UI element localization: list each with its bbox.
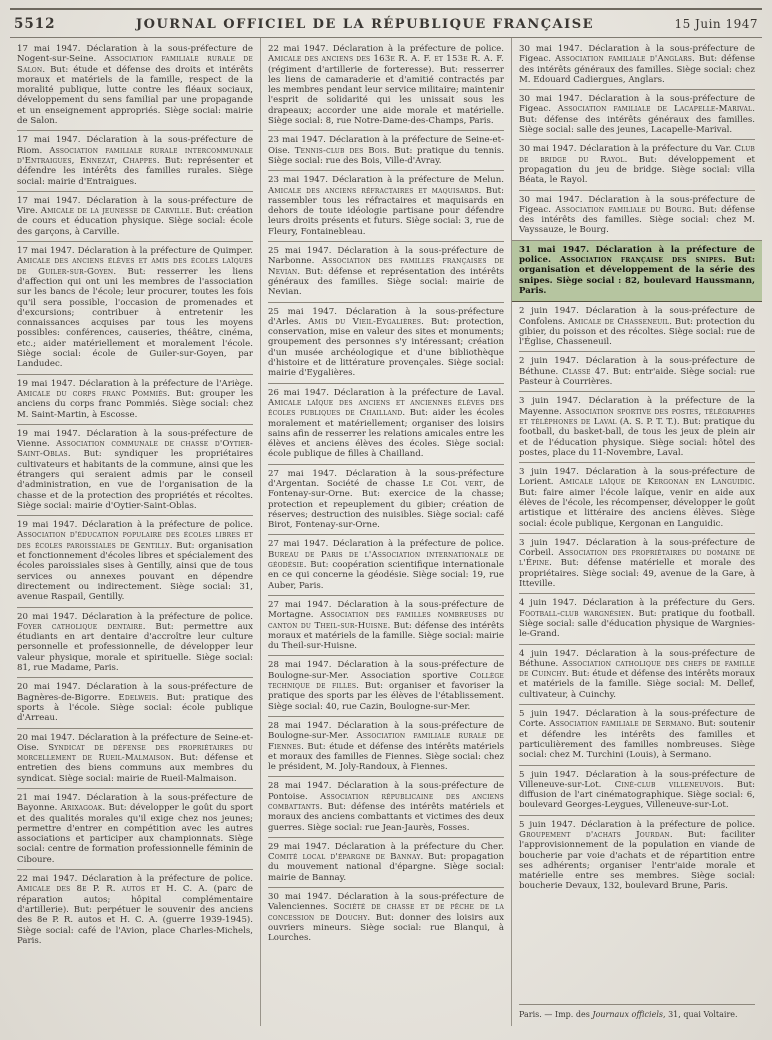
association-name: Association familiale de Sermano (549, 719, 692, 729)
entry-text: 22 mai 1947. Déclaration à la préfecture… (268, 44, 504, 54)
association-name: Classe 47 (562, 367, 606, 377)
entry-text: . But: coopération scientifique internat… (268, 560, 504, 591)
entry-text: 26 mai 1947. Déclaration à la préfecture… (268, 388, 504, 398)
association-name: Amicale laïque de Kergonan en Languidic (560, 477, 753, 487)
association-name: Ciné-club villeneuvois (615, 780, 721, 790)
declaration-entry: 22 mai 1947. Déclaration à la préfecture… (268, 40, 504, 130)
declaration-entry: 30 mai 1947. Déclaration à la sous-préfe… (268, 887, 504, 947)
entry-text: 22 mai 1947. Déclaration à la préfecture… (17, 874, 253, 884)
association-name: Amicale des anciens réfractaires et maqu… (268, 186, 479, 196)
declaration-entry: 20 mai 1947. Déclaration à la préfecture… (17, 607, 253, 678)
declaration-entry: 19 mai 1947. Déclaration à la préfecture… (17, 515, 253, 606)
entry-text: Journaux officiels (592, 1010, 663, 1019)
declaration-entry: 5 juin 1947. Déclaration à la sous-préfe… (519, 704, 755, 764)
declaration-entry: 17 mai 1947. Déclaration à la sous-préfe… (17, 40, 253, 130)
association-name: Edelweis (118, 693, 156, 703)
page-header: 5512 JOURNAL OFFICIEL DE LA RÉPUBLIQUE F… (10, 8, 762, 38)
association-name: Football-club wargnésien (519, 609, 631, 619)
declaration-entry: 21 mai 1947. Déclaration à la sous-préfe… (17, 788, 253, 869)
entry-text: . But: étude et défense des droits et in… (17, 65, 253, 126)
declaration-entry: 27 mai 1947. Déclaration à la sous-préfe… (268, 595, 504, 655)
entry-text: , 31, quai Voltaire. (663, 1010, 738, 1019)
declaration-entry: 25 mai 1947. Déclaration à la sous-préfe… (268, 241, 504, 301)
declaration-entry: 3 juin 1947. Déclaration à la sous-préfe… (519, 533, 755, 593)
declaration-entry: 22 mai 1947. Déclaration à la préfecture… (17, 869, 253, 950)
entry-text: 17 mai 1947. Déclaration à la préfecture… (17, 246, 253, 256)
highlighted-declaration-entry: 31 mai 1947. Déclaration à la préfecture… (512, 240, 762, 302)
declaration-entry: 2 juin 1947. Déclaration à la sous-préfe… (519, 302, 755, 351)
association-name: Association familiale de Lacapelle-Mariv… (558, 104, 753, 114)
declaration-entry: 29 mai 1947. Déclaration à la préfecture… (268, 837, 504, 887)
association-name: Association française des snipes (560, 255, 723, 265)
declaration-entry: 26 mai 1947. Déclaration à la préfecture… (268, 383, 504, 464)
entry-text: 29 mai 1947. Déclaration à la préfecture… (268, 842, 504, 852)
declaration-entry: 2 juin 1947. Déclaration à la sous-préfe… (519, 351, 755, 391)
declarations-column-2: 22 mai 1947. Déclaration à la préfecture… (260, 38, 511, 1026)
declaration-entry: 30 mai 1947. Déclaration à la préfecture… (519, 139, 755, 189)
declaration-entry: 17 mai 1947. Déclaration à la préfecture… (17, 241, 253, 374)
entry-text: . But: défense matérielle et morale des … (519, 558, 755, 589)
declaration-entry: 4 juin 1947. Déclaration à la préfecture… (519, 593, 755, 643)
association-name: Amicale de Chasseneuil (568, 317, 669, 327)
declaration-entry: 27 mai 1947. Déclaration à la préfecture… (268, 534, 504, 594)
declaration-entry: 30 mai 1947. Déclaration à la sous-préfe… (519, 40, 755, 89)
declaration-entry: 27 mai 1947. Déclaration à la sous-préfe… (268, 464, 504, 535)
association-name: Amicale du corps franc Pommiés (17, 389, 167, 399)
entry-text: 4 juin 1947. Déclaration à la préfecture… (519, 598, 755, 608)
journal-title: JOURNAL OFFICIEL DE LA RÉPUBLIQUE FRANÇA… (56, 17, 675, 32)
declaration-entry: 19 mai 1947. Déclaration à la préfecture… (17, 374, 253, 424)
association-name: Amicale des anciens des 163e R. A. F. et… (268, 54, 504, 64)
association-name: Le Col vert (422, 479, 482, 489)
declaration-entry: 17 mai 1947. Déclaration à la sous-préfe… (17, 130, 253, 190)
declaration-entry: 17 mai 1947. Déclaration à la sous-préfe… (17, 191, 253, 241)
association-name: Arixagoak (61, 803, 103, 813)
issue-date: 15 Juin 1947 (674, 17, 758, 31)
entry-text: 5 juin 1947. Déclaration à la préfecture… (519, 820, 755, 830)
association-name: Amis du Vieil-Eygalières (308, 317, 421, 327)
declaration-entry: 5 juin 1947. Déclaration à la sous-préfe… (519, 765, 755, 815)
association-name: Tennis-club des Bois (295, 146, 387, 156)
declaration-entry: 4 juin 1947. Déclaration à la sous-préfe… (519, 644, 755, 704)
entry-text: 27 mai 1947. Déclaration à la préfecture… (268, 539, 504, 549)
declaration-entry: 20 mai 1947. Déclaration à la sous-préfe… (17, 677, 253, 727)
declarations-column-1: 17 mai 1947. Déclaration à la sous-préfe… (10, 38, 260, 1026)
declaration-entry: 19 mai 1947. Déclaration à la sous-préfe… (17, 424, 253, 515)
association-name: Groupement d'achats Jourdan (519, 830, 670, 840)
imprint-note: Paris. — Imp. des Journaux officiels, 31… (519, 1004, 755, 1020)
entry-text: 30 mai 1947. Déclaration à la préfecture… (519, 144, 735, 154)
entry-text: 20 mai 1947. Déclaration à la préfecture… (17, 612, 253, 622)
declaration-entry: 3 juin 1947. Déclaration à la sous-préfe… (519, 462, 755, 533)
association-name: Foyer catholique dentaire (17, 622, 143, 632)
declaration-entry: 23 mai 1947. Déclaration à la préfecture… (268, 170, 504, 241)
entry-text: . But: étude et défense des intérêts mat… (268, 742, 504, 773)
journal-page: 5512 JOURNAL OFFICIEL DE LA RÉPUBLIQUE F… (0, 0, 772, 1040)
declaration-entry: 28 mai 1947. Déclaration à la sous-préfe… (268, 655, 504, 715)
declaration-entry: 30 mai 1947. Déclaration à la sous-préfe… (519, 190, 755, 240)
association-name: Association familiale d'Anglars (555, 54, 692, 64)
declaration-entry: 5 juin 1947. Déclaration à la préfecture… (519, 815, 755, 896)
declarations-columns: 17 mai 1947. Déclaration à la sous-préfe… (10, 38, 762, 1026)
declaration-entry: 3 juin 1947. Déclaration à la préfecture… (519, 391, 755, 462)
association-name: Association familiale du Bourg (555, 205, 691, 215)
entry-text: . But: resserrer les liens d'affection q… (17, 267, 253, 370)
declaration-entry: 28 mai 1947. Déclaration à la sous-préfe… (268, 776, 504, 836)
association-name: Amicale des 8e P. R. autos et H. C. A. (17, 884, 208, 894)
declaration-entry: 28 mai 1947. Déclaration à la sous-préfe… (268, 716, 504, 776)
declaration-entry: 20 mai 1947. Déclaration à la préfecture… (17, 728, 253, 788)
entry-text: Paris. — Imp. des (519, 1010, 592, 1019)
association-name: Comité local d'épargne de Bannay (268, 852, 421, 862)
page-number: 5512 (14, 16, 56, 32)
declaration-entry: 30 mai 1947. Déclaration à la sous-préfe… (519, 89, 755, 139)
entry-text: 19 mai 1947. Déclaration à la préfecture… (17, 520, 253, 530)
entry-text: (régiment d'artillerie de forteresse). B… (268, 65, 504, 126)
entry-text: . But: défense et représentation des int… (268, 267, 504, 298)
declaration-entry: 23 mai 1947. Déclaration à la préfecture… (268, 130, 504, 170)
declarations-column-3: 30 mai 1947. Déclaration à la sous-préfe… (511, 38, 762, 1026)
declaration-entry: 25 mai 1947. Déclaration à la sous-préfe… (268, 302, 504, 383)
entry-text: 19 mai 1947. Déclaration à la préfecture… (17, 379, 253, 389)
association-name: Amicale de la jeunesse de Carville (41, 206, 190, 216)
entry-text: 23 mai 1947. Déclaration à la préfecture… (268, 175, 504, 185)
